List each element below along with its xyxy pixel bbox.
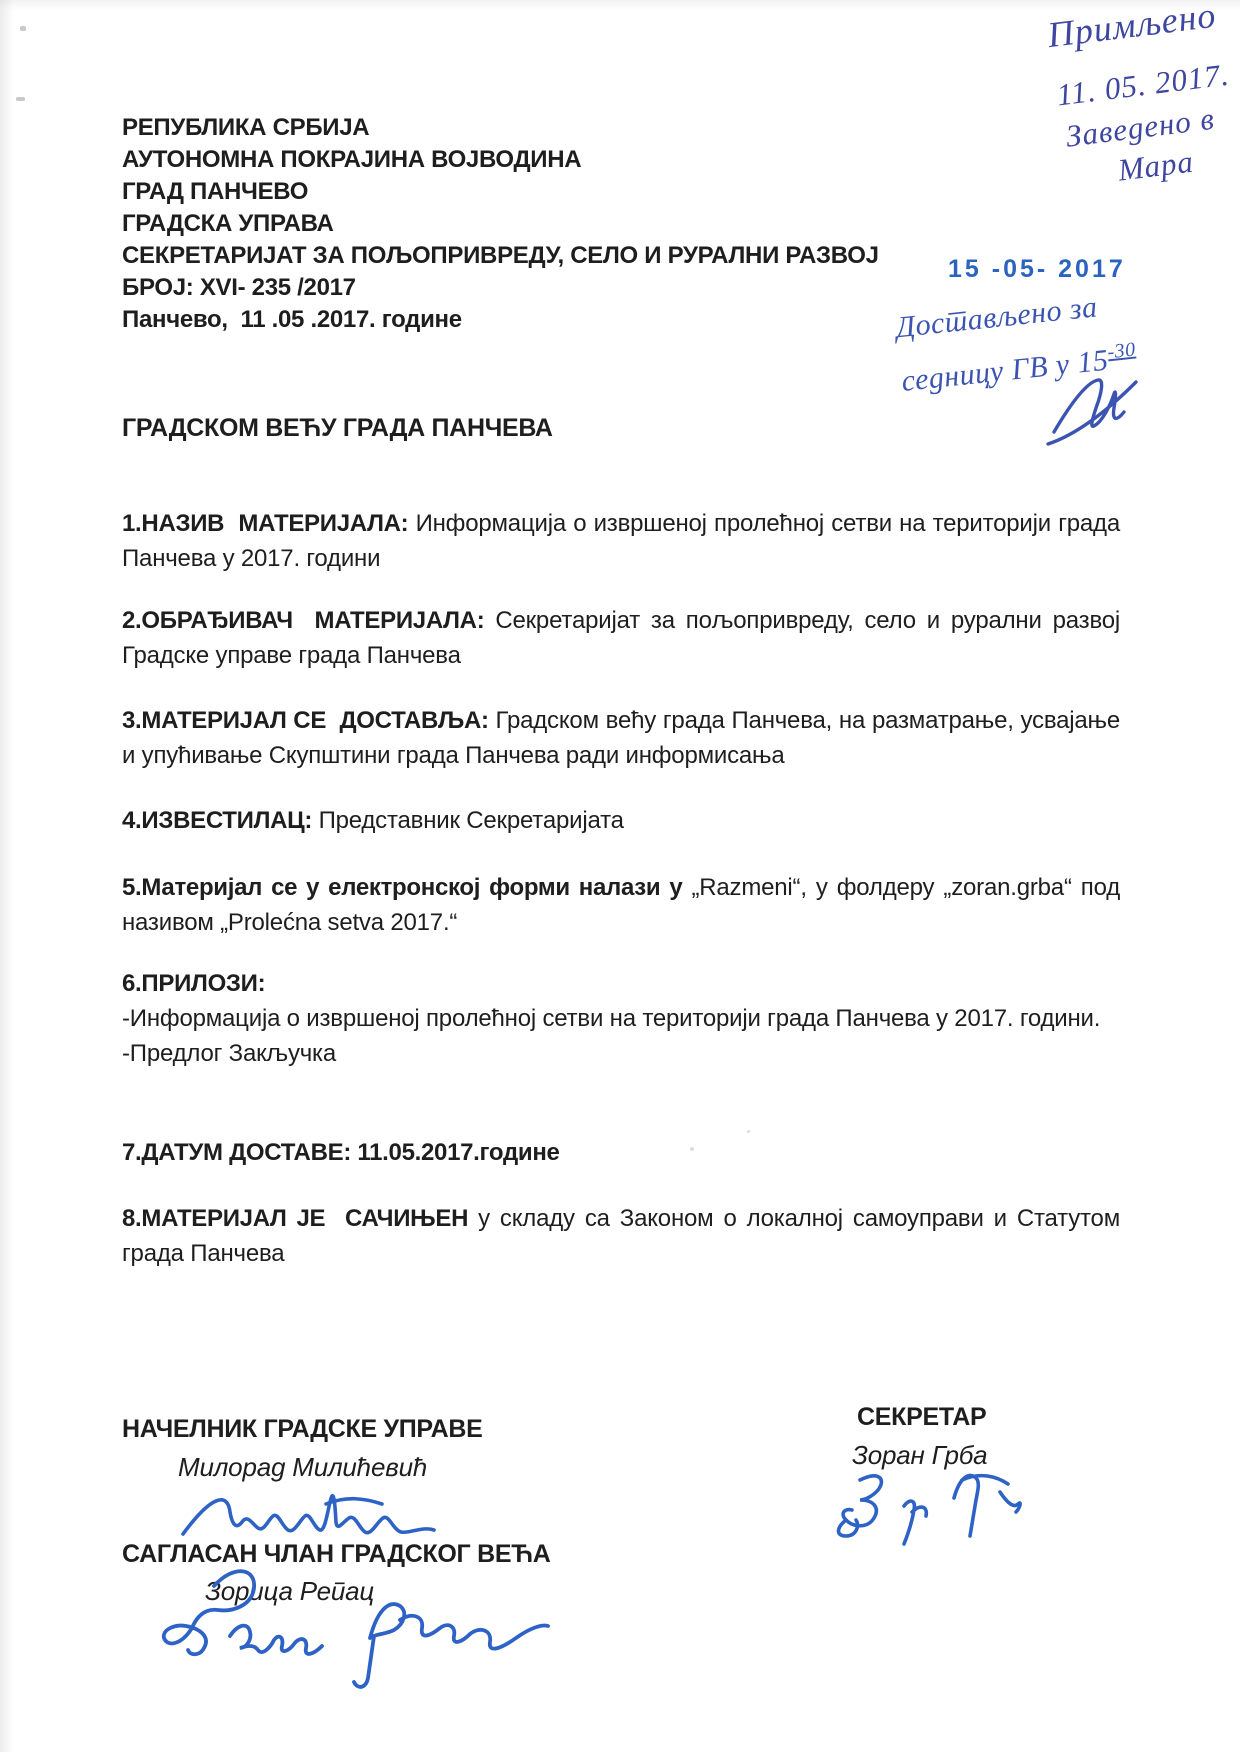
item-material-author-label: 2.ОБРАЂИВАЧ МАТЕРИЈАЛА: [122,607,484,634]
item-electronic-form: 5.Материјал се у електронској форми нала… [122,870,1120,940]
item-reporter: 4.ИЗВЕСТИЛАЦ: Представник Секретаријата [122,803,1120,838]
council-member-signature [152,1562,552,1692]
scan-edge-top [0,0,1240,10]
item-material-delivery-label: 3.МАТЕРИЈАЛ СЕ ДОСТАВЉА: [122,707,489,734]
delivery-note-minutes: -30 [1106,339,1136,364]
addressee: ГРАДСКОМ ВЕЋУ ГРАДА ПАНЧЕВА [122,414,553,443]
secretary-title: СЕКРЕТАР [857,1403,986,1432]
letterhead-line-province: АУТОНОМНА ПОКРАЈИНА ВОЈВОДИНА [122,144,879,176]
item-reporter-text: Представник Секретаријата [319,807,624,834]
item-material-title-label: 1.НАЗИВ МАТЕРИЈАЛА: [122,510,408,537]
item-attachments-label: 6.ПРИЛОЗИ: [122,970,265,997]
item-delivery-date-label: 7.ДАТУМ ДОСТАВЕ: 11.05.2017.године [122,1139,560,1166]
date-stamp: 15 -05- 2017 [948,255,1126,284]
item-attachments: 6.ПРИЛОЗИ: -Информација о извршеној прол… [122,966,1120,1071]
head-of-administration-name: Милорад Милићевић [178,1452,427,1483]
head-of-administration-title: НАЧЕЛНИК ГРАДСКЕ УПРАВЕ [122,1415,482,1444]
letterhead-line-republic: РЕПУБЛИКА СРБИЈА [122,112,879,144]
scan-speck [20,26,26,31]
scan-speck [747,1130,750,1133]
letterhead-line-administration: ГРАДСКА УПРАВА [122,208,879,240]
received-note-line: Мара [1116,144,1196,189]
item-material-author: 2.ОБРАЂИВАЧ МАТЕРИЈАЛА: Секретаријат за … [122,603,1120,673]
scan-edge-left [0,0,14,1752]
item-material-title: 1.НАЗИВ МАТЕРИЈАЛА: Информација о изврше… [122,506,1120,576]
item-delivery-date: 7.ДАТУМ ДОСТАВЕ: 11.05.2017.године [122,1135,1120,1170]
secretary-signature [832,1466,1022,1546]
letterhead: РЕПУБЛИКА СРБИЈА АУТОНОМНА ПОКРАЈИНА ВОЈ… [122,112,879,336]
letterhead-line-secretariat: СЕКРЕТАРИЈАТ ЗА ПОЉОПРИВРЕДУ, СЕЛО И РУР… [122,240,879,272]
clerk-initials-signature [1042,366,1146,446]
letterhead-line-number: БРОЈ: XVI- 235 /2017 [122,272,879,304]
letterhead-line-city: ГРАД ПАНЧЕВО [122,176,879,208]
item-legal-basis: 8.МАТЕРИЈАЛ ЈЕ САЧИЊЕН у складу са Закон… [122,1201,1120,1271]
document-page: РЕПУБЛИКА СРБИЈА АУТОНОМНА ПОКРАЈИНА ВОЈ… [0,0,1240,1752]
letterhead-line-place-date: Панчево, 11 .05 .2017. године [122,304,879,336]
head-of-administration-signature [178,1484,443,1542]
item-reporter-label: 4.ИЗВЕСТИЛАЦ: [122,807,312,834]
item-material-delivery: 3.МАТЕРИЈАЛ СЕ ДОСТАВЉА: Градском већу г… [122,703,1120,773]
item-attachments-line: -Информација о извршеној пролећној сетви… [122,1001,1120,1036]
item-attachments-line: -Предлог Закључка [122,1036,1120,1071]
scan-speck [16,97,25,101]
received-note: Примљено 11. 05. 2017. Заведено в Мара [963,0,1240,233]
item-legal-basis-label: 8.МАТЕРИЈАЛ ЈЕ САЧИЊЕН [122,1205,468,1232]
item-electronic-form-label: 5.Материјал се у електронској форми нала… [122,874,682,901]
